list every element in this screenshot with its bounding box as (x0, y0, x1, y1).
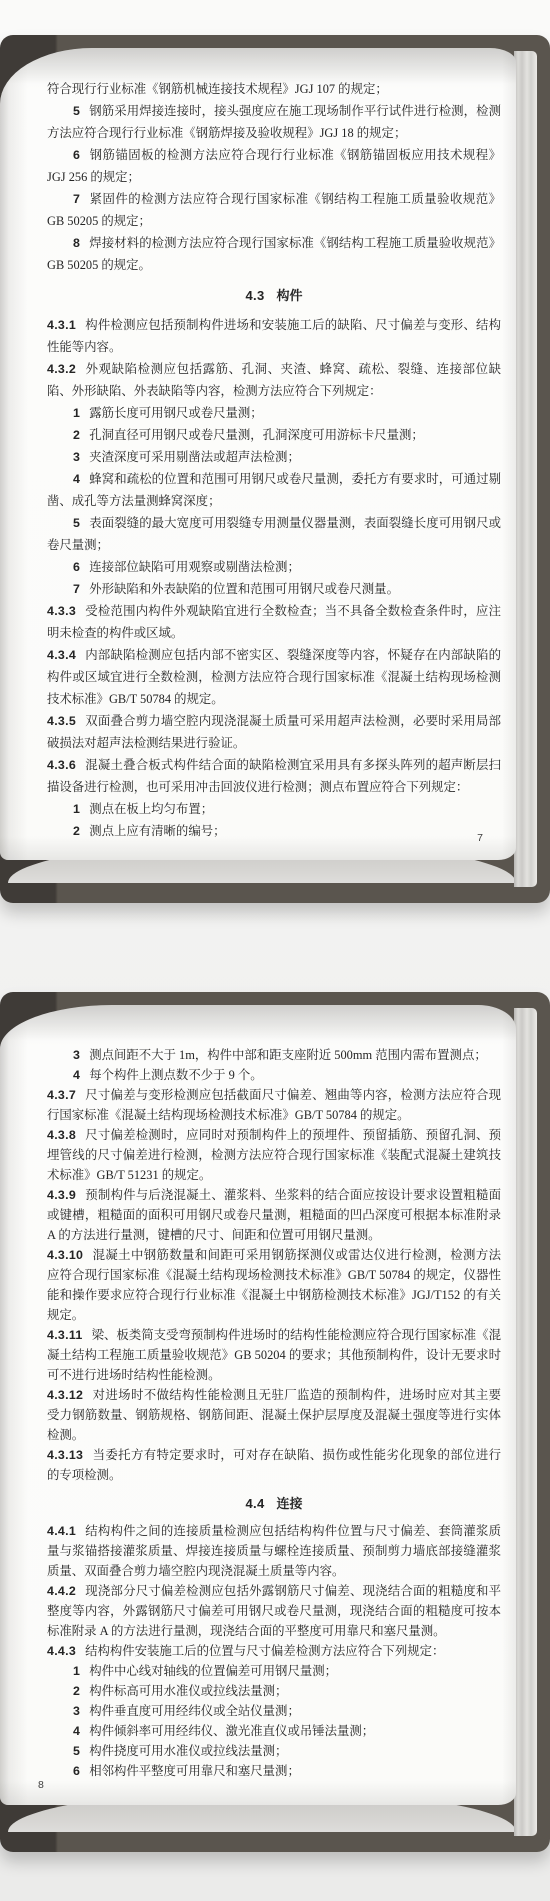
paragraph: 4.3.6混凝土叠合板式构件结合面的缺陷检测宜采用具有多探头阵列的超声断层扫描设… (47, 754, 501, 798)
paragraph-number: 4.3.3 (47, 604, 76, 618)
paragraph-number: 5 (73, 104, 80, 118)
paragraph-text: 当委托方有特定要求时，可对存在缺陷、损伤或性能劣化现象的部位进行的专项检测。 (47, 1448, 501, 1482)
paragraph: 3测点间距不大于 1m，构件中部和距支座附近 500mm 范围内需布置测点； (47, 1045, 501, 1065)
page-sheet: 符合现行行业标准《钢筋机械连接技术规程》JGJ 107 的规定；5钢筋采用焊接连… (0, 48, 516, 860)
paragraph-text: 结构构件之间的连接质量检测应包括结构构件位置与尺寸偏差、套筒灌浆质量与浆锚搭接灌… (47, 1524, 501, 1578)
paragraph-text: 钢筋采用焊接连接时，接头强度应在施工现场制作平行试件进行检测，检测方法应符合现行… (47, 104, 501, 140)
paragraph-text: 蜂窝和疏松的位置和范围可用钢尺或卷尺量测，委托方有要求时，可通过剔凿、成孔等方法… (47, 472, 501, 508)
paragraph: 1构件中心线对轴线的位置偏差可用钢尺量测； (47, 1661, 501, 1681)
paragraph: 4.3.13当委托方有特定要求时，可对存在缺陷、损伤或性能劣化现象的部位进行的专… (47, 1445, 501, 1485)
paragraph-number: 5 (73, 516, 80, 530)
paragraph-text: 外观缺陷检测应包括露筋、孔洞、夹渣、蜂窝、疏松、裂缝、连接部位缺陷、外形缺陷、外… (47, 362, 501, 398)
page-edge-stack-right (514, 1008, 537, 1836)
paragraph-text: 梁、板类简支受弯预制构件进场时的结构性能检测应符合现行国家标准《混凝土结构工程施… (47, 1328, 501, 1382)
paragraph: 2测点上应有清晰的编号； (47, 820, 501, 842)
paragraph-text: 构件垂直度可用经纬仪或全站仪量测； (89, 1704, 300, 1718)
paragraph-number: 4.3.11 (47, 1328, 83, 1342)
paragraph-text: 受检范围内构件外观缺陷宜进行全数检查；当不具备全数检查条件时，应注明未检查的构件… (47, 604, 501, 640)
page-sheet: 3测点间距不大于 1m，构件中部和距支座附近 500mm 范围内需布置测点；4每… (0, 1005, 516, 1805)
paragraph-number: 4.4.1 (47, 1524, 76, 1538)
paragraph: 4.3.12对进场时不做结构性能检测且无驻厂监造的预制构件，进场时应对其主要受力… (47, 1385, 501, 1445)
paragraph-text: 内部缺陷检测应包括内部不密实区、裂缝深度等内容，怀疑存在内部缺陷的构件或区域宜进… (47, 648, 501, 706)
paragraph-text: 双面叠合剪力墙空腔内现浇混凝土质量可采用超声法检测，必要时采用局部破损法对超声法… (47, 714, 501, 750)
paragraph-number: 3 (73, 1704, 80, 1718)
paragraph: 4蜂窝和疏松的位置和范围可用钢尺或卷尺量测，委托方有要求时，可通过剔凿、成孔等方… (47, 468, 501, 512)
paragraph-number: 8 (73, 236, 80, 250)
page-number: 8 (38, 1779, 44, 1791)
paragraph: 4.3.5双面叠合剪力墙空腔内现浇混凝土质量可采用超声法检测，必要时采用局部破损… (47, 710, 501, 754)
paragraph-number: 4.3.10 (47, 1248, 83, 1262)
paragraph: 5钢筋采用焊接连接时，接头强度应在施工现场制作平行试件进行检测，检测方法应符合现… (47, 100, 501, 144)
paragraph-text: 露筋长度可用钢尺或卷尺量测； (89, 406, 262, 420)
book-page-7: 符合现行行业标准《钢筋机械连接技术规程》JGJ 107 的规定；5钢筋采用焊接连… (0, 35, 550, 903)
paragraph-number: 1 (73, 1664, 80, 1678)
paragraph: 4.4.2现浇部分尺寸偏差检测应包括外露钢筋尺寸偏差、现浇结合面的粗糙度和平整度… (47, 1581, 501, 1641)
paragraph: 4.3.2外观缺陷检测应包括露筋、孔洞、夹渣、蜂窝、疏松、裂缝、连接部位缺陷、外… (47, 358, 501, 402)
paragraph-number: 7 (73, 192, 80, 206)
paragraph-text: 每个构件上测点数不少于 9 个。 (89, 1068, 262, 1082)
paragraph: 4构件倾斜率可用经纬仪、激光准直仪或吊锤法量测； (47, 1721, 501, 1741)
paragraph: 3构件垂直度可用经纬仪或全站仪量测； (47, 1701, 501, 1721)
paragraph-text: 相邻构件平整度可用靠尺和塞尺量测； (89, 1764, 300, 1778)
paragraph-text: 构件倾斜率可用经纬仪、激光准直仪或吊锤法量测； (89, 1724, 374, 1738)
paragraph-text: 夹渣深度可采用剔凿法或超声法检测； (89, 450, 300, 464)
paragraph-text: 混凝土叠合板式构件结合面的缺陷检测宜采用具有多探头阵列的超声断层扫描设备进行检测… (47, 758, 501, 794)
page-edge-stack-right (514, 51, 537, 887)
paragraph-text: 孔洞直径可用钢尺或卷尺量测，孔洞深度可用游标卡尺量测； (89, 428, 424, 442)
page-content: 符合现行行业标准《钢筋机械连接技术规程》JGJ 107 的规定；5钢筋采用焊接连… (0, 48, 516, 842)
paragraph-text: 钢筋锚固板的检测方法应符合现行行业标准《钢筋锚固板应用技术规程》JGJ 256 … (47, 148, 501, 184)
paragraph-text: 构件 (276, 288, 302, 303)
section-number: 4.3 (246, 288, 265, 303)
paragraph: 8焊接材料的检测方法应符合现行国家标准《钢结构工程施工质量验收规范》GB 502… (47, 232, 501, 276)
paragraph-number: 1 (73, 802, 80, 816)
paragraph: 4.4.1结构构件之间的连接质量检测应包括结构构件位置与尺寸偏差、套筒灌浆质量与… (47, 1521, 501, 1581)
paragraph-text: 测点上应有清晰的编号； (89, 824, 225, 838)
paragraph: 3夹渣深度可采用剔凿法或超声法检测； (47, 446, 501, 468)
paragraph: 4.3.9预制构件与后浇混凝土、灌浆料、坐浆料的结合面应按设计要求设置粗糙面或键… (47, 1185, 501, 1245)
paragraph-number: 4.4.3 (47, 1644, 76, 1658)
paragraph: 4.4.3结构构件安装施工后的位置与尺寸偏差检测方法应符合下列规定： (47, 1641, 501, 1661)
paragraph-number: 4.3.5 (47, 714, 76, 728)
paragraph: 4.3.7尺寸偏差与变形检测应包括截面尺寸偏差、翘曲等内容，检测方法应符合现行国… (47, 1085, 501, 1125)
paragraph: 1测点在板上均匀布置； (47, 798, 501, 820)
paragraph: 4.3.3受检范围内构件外观缺陷宜进行全数检查；当不具备全数检查条件时，应注明未… (47, 600, 501, 644)
paragraph-text: 连接 (276, 1496, 302, 1511)
paragraph-text: 测点在板上均匀布置； (89, 802, 213, 816)
paragraph-number: 7 (73, 582, 80, 596)
paragraph: 符合现行行业标准《钢筋机械连接技术规程》JGJ 107 的规定； (47, 78, 501, 100)
paragraph-text: 紧固件的检测方法应符合现行国家标准《钢结构工程施工质量验收规范》GB 50205… (47, 192, 501, 228)
page-content: 3测点间距不大于 1m，构件中部和距支座附近 500mm 范围内需布置测点；4每… (0, 1005, 516, 1781)
paragraph-text: 构件挠度可用水准仪或拉线法量测； (89, 1744, 287, 1758)
paragraph: 4.3.10混凝土中钢筋数量和间距可采用钢筋探测仪或雷达仪进行检测，检测方法应符… (47, 1245, 501, 1325)
paragraph-number: 3 (73, 1048, 80, 1062)
paragraph-number: 4.4.2 (47, 1584, 76, 1598)
paragraph-text: 混凝土中钢筋数量和间距可采用钢筋探测仪或雷达仪进行检测，检测方法应符合现行国家标… (47, 1248, 501, 1322)
paragraph-text: 表面裂缝的最大宽度可用裂缝专用测量仪器量测，表面裂缝长度可用钢尺或卷尺量测； (47, 516, 501, 552)
paragraph: 6钢筋锚固板的检测方法应符合现行行业标准《钢筋锚固板应用技术规程》JGJ 256… (47, 144, 501, 188)
paragraph-number: 6 (73, 1764, 80, 1778)
paragraph-text: 对进场时不做结构性能检测且无驻厂监造的预制构件，进场时应对其主要受力钢筋数量、钢… (47, 1388, 501, 1442)
paragraph-number: 4.3.7 (47, 1088, 76, 1102)
paragraph-text: 焊接材料的检测方法应符合现行国家标准《钢结构工程施工质量验收规范》GB 5020… (47, 236, 501, 272)
paragraph: 1露筋长度可用钢尺或卷尺量测； (47, 402, 501, 424)
paragraph-text: 连接部位缺陷可用观察或剔凿法检测； (89, 560, 300, 574)
paragraph-text: 符合现行行业标准《钢筋机械连接技术规程》JGJ 107 的规定； (47, 82, 388, 96)
section-heading: 4.4连接 (47, 1494, 501, 1514)
paragraph: 4每个构件上测点数不少于 9 个。 (47, 1065, 501, 1085)
paragraph-number: 4.3.2 (47, 362, 76, 376)
paragraph: 4.3.1构件检测应包括预制构件进场和安装施工后的缺陷、尺寸偏差与变形、结构性能… (47, 314, 501, 358)
paragraph-number: 4.3.12 (47, 1388, 83, 1402)
paragraph-number: 4 (73, 1068, 80, 1082)
paragraph-text: 外形缺陷和外表缺陷的位置和范围可用钢尺或卷尺测量。 (89, 582, 399, 596)
paragraph: 5构件挠度可用水准仪或拉线法量测； (47, 1741, 501, 1761)
book-page-8: 3测点间距不大于 1m，构件中部和距支座附近 500mm 范围内需布置测点；4每… (0, 992, 550, 1852)
paragraph-number: 5 (73, 1744, 80, 1758)
paragraph-number: 4.3.13 (47, 1448, 83, 1462)
paragraph-text: 构件中心线对轴线的位置偏差可用钢尺量测； (89, 1664, 337, 1678)
paragraph: 6连接部位缺陷可用观察或剔凿法检测； (47, 556, 501, 578)
paragraph: 5表面裂缝的最大宽度可用裂缝专用测量仪器量测，表面裂缝长度可用钢尺或卷尺量测； (47, 512, 501, 556)
paragraph: 2构件标高可用水准仪或拉线法量测； (47, 1681, 501, 1701)
paragraph: 4.3.11梁、板类简支受弯预制构件进场时的结构性能检测应符合现行国家标准《混凝… (47, 1325, 501, 1385)
paragraph-number: 3 (73, 450, 80, 464)
paragraph: 4.3.4内部缺陷检测应包括内部不密实区、裂缝深度等内容，怀疑存在内部缺陷的构件… (47, 644, 501, 710)
paragraph-number: 2 (73, 428, 80, 442)
paragraph-text: 预制构件与后浇混凝土、灌浆料、坐浆料的结合面应按设计要求设置粗糙面或键槽，粗糙面… (47, 1188, 501, 1242)
paragraph-number: 4.3.1 (47, 318, 76, 332)
paragraph-text: 尺寸偏差检测时，应同时对预制构件上的预埋件、预留插筋、预留孔洞、预埋管线的尺寸偏… (47, 1128, 501, 1182)
paragraph-text: 现浇部分尺寸偏差检测应包括外露钢筋尺寸偏差、现浇结合面的粗糙度和平整度等内容，外… (47, 1584, 501, 1638)
document-viewer-background: { "colors": { "cover": "#5a554e", "spine… (0, 0, 550, 1901)
paragraph-number: 4 (73, 1724, 80, 1738)
paragraph-number: 4 (73, 472, 80, 486)
paragraph-number: 2 (73, 824, 80, 838)
paragraph-text: 结构构件安装施工后的位置与尺寸偏差检测方法应符合下列规定： (85, 1644, 444, 1658)
paragraph-number: 6 (73, 560, 80, 574)
paragraph-number: 1 (73, 406, 80, 420)
section-number: 4.4 (246, 1496, 265, 1511)
paragraph-number: 4.3.9 (47, 1188, 76, 1202)
paragraph-text: 构件标高可用水准仪或拉线法量测； (89, 1684, 287, 1698)
paragraph: 7紧固件的检测方法应符合现行国家标准《钢结构工程施工质量验收规范》GB 5020… (47, 188, 501, 232)
paragraph-number: 4.3.8 (47, 1128, 76, 1142)
section-heading: 4.3构件 (47, 285, 501, 307)
paragraph-text: 构件检测应包括预制构件进场和安装施工后的缺陷、尺寸偏差与变形、结构性能等内容。 (47, 318, 501, 354)
page-number: 7 (477, 832, 483, 844)
paragraph: 2孔洞直径可用钢尺或卷尺量测，孔洞深度可用游标卡尺量测； (47, 424, 501, 446)
paragraph-number: 4.3.6 (47, 758, 76, 772)
paragraph-number: 4.3.4 (47, 648, 76, 662)
paragraph-number: 6 (73, 148, 80, 162)
paragraph: 7外形缺陷和外表缺陷的位置和范围可用钢尺或卷尺测量。 (47, 578, 501, 600)
paragraph: 4.3.8尺寸偏差检测时，应同时对预制构件上的预埋件、预留插筋、预留孔洞、预埋管… (47, 1125, 501, 1185)
paragraph-text: 测点间距不大于 1m，构件中部和距支座附近 500mm 范围内需布置测点； (89, 1048, 487, 1062)
paragraph-number: 2 (73, 1684, 80, 1698)
paragraph: 6相邻构件平整度可用靠尺和塞尺量测； (47, 1761, 501, 1781)
paragraph-text: 尺寸偏差与变形检测应包括截面尺寸偏差、翘曲等内容，检测方法应符合现行国家标准《混… (47, 1088, 501, 1122)
